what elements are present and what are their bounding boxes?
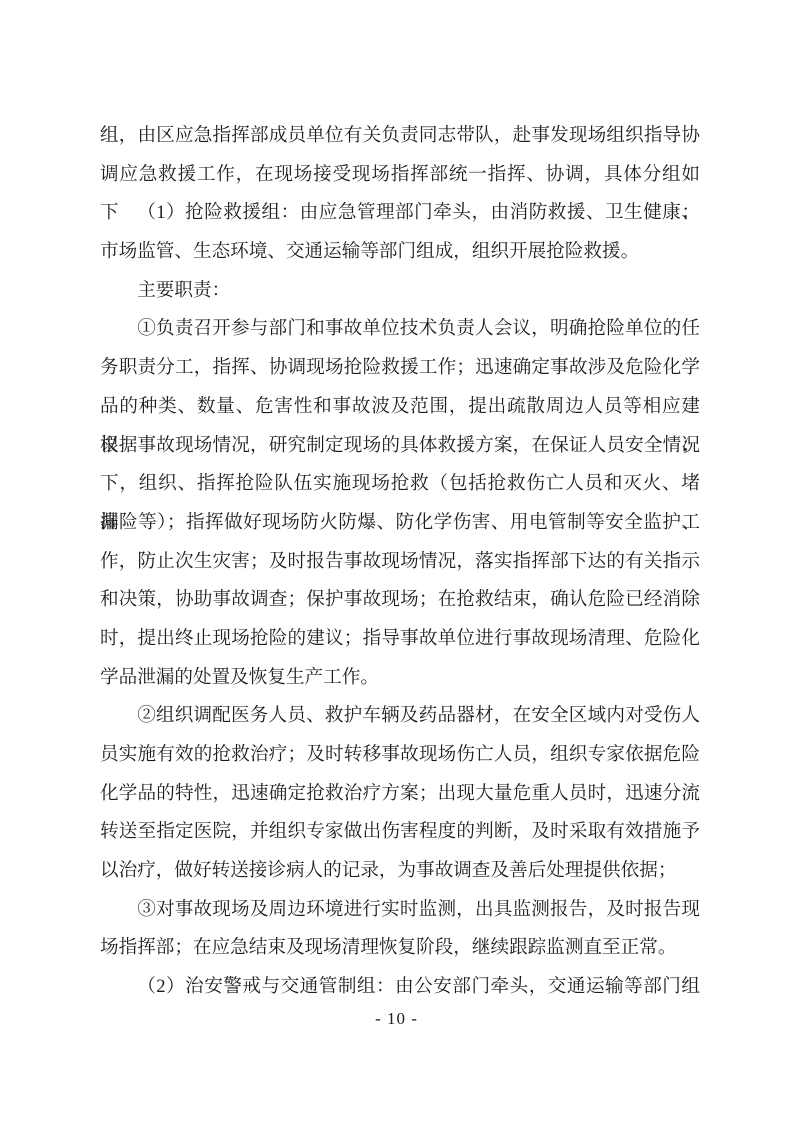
text-line: 学品泄漏的处置及恢复生产工作。 xyxy=(100,659,700,698)
text-line: 以治疗，做好转送接诊病人的记录，为事故调查及善后处理提供依据； xyxy=(100,852,700,891)
text-line: 化学品的特性，迅速确定抢救治疗方案；出现大量危重人员时，迅速分流 xyxy=(100,775,700,814)
page-number-label: - 10 - xyxy=(0,1004,793,1034)
text-line: 组，由区应急指挥部成员单位有关负责同志带队，赴事发现场组织指导协 xyxy=(100,117,700,156)
text-line: 和决策，协助事故调查；保护事故现场；在抢救结束，确认危险已经消除 xyxy=(100,581,700,620)
text-line: 主要职责： xyxy=(100,272,700,311)
text-line: （1）抢险救援组：由应急管理部门牵头，由消防救援、卫生健康、 xyxy=(100,194,700,233)
text-line: 作，防止次生灾害；及时报告事故现场情况，落实指挥部下达的有关指示 xyxy=(100,543,700,582)
document-page: 组，由区应急指挥部成员单位有关负责同志带队，赴事发现场组织指导协调应急救援工作，… xyxy=(0,0,793,1122)
text-line: 根据事故现场情况，研究制定现场的具体救援方案，在保证人员安全情况 xyxy=(100,427,700,466)
text-line: ②组织调配医务人员、救护车辆及药品器材，在安全区域内对受伤人 xyxy=(100,697,700,736)
text-line: 下，组织、指挥抢险队伍实施现场抢救（包括抢救伤亡人员和灭火、堵漏、 xyxy=(100,465,700,504)
text-line: 市场监管、生态环境、交通运输等部门组成，组织开展抢险救援。 xyxy=(100,233,700,272)
text-line: 转送至指定医院，并组织专家做出伤害程度的判断，及时采取有效措施予 xyxy=(100,813,700,852)
document-text: 组，由区应急指挥部成员单位有关负责同志带队，赴事发现场组织指导协调应急救援工作，… xyxy=(100,117,700,1007)
text-line: （2）治安警戒与交通管制组：由公安部门牵头，交通运输等部门组 xyxy=(100,968,700,1007)
text-line: ①负责召开参与部门和事故单位技术负责人会议，明确抢险单位的任 xyxy=(100,310,700,349)
text-line: ③对事故现场及周边环境进行实时监测，出具监测报告，及时报告现 xyxy=(100,891,700,930)
text-line: 时，提出终止现场抢险的建议；指导事故单位进行事故现场清理、危险化 xyxy=(100,620,700,659)
text-line: 场指挥部；在应急结束及现场清理恢复阶段，继续跟踪监测直至正常。 xyxy=(100,929,700,968)
text-line: 调应急救援工作，在现场接受现场指挥部统一指挥、协调，具体分组如下： xyxy=(100,156,700,195)
text-line: 排险等）；指挥做好现场防火防爆、防化学伤害、用电管制等安全监护工 xyxy=(100,504,700,543)
text-line: 务职责分工，指挥、协调现场抢险救援工作；迅速确定事故涉及危险化学 xyxy=(100,349,700,388)
text-line: 品的种类、数量、危害性和事故波及范围，提出疏散周边人员等相应建议； xyxy=(100,388,700,427)
text-line: 员实施有效的抢救治疗；及时转移事故现场伤亡人员，组织专家依据危险 xyxy=(100,736,700,775)
